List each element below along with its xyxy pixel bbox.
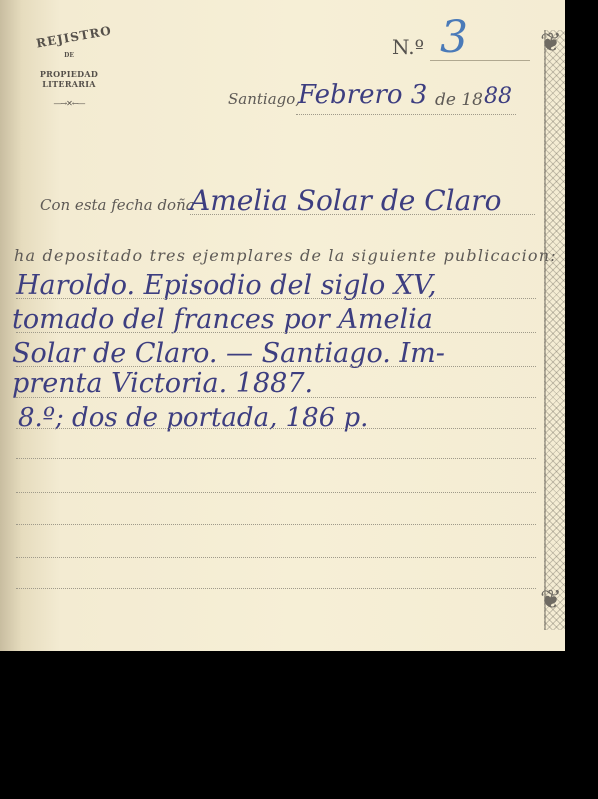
number-label: N.º (392, 35, 424, 59)
date-rule (296, 114, 516, 115)
decorative-border-icon (544, 30, 565, 630)
stamp-ornament-icon: —→✕←— (14, 99, 124, 108)
scroll-ornament-top-icon: ❦ (540, 28, 562, 58)
scroll-ornament-bottom-icon: ❦ (540, 585, 562, 615)
depositor-rule (190, 214, 535, 215)
stamp-subtitle: PROPIEDAD LITERARIA (14, 69, 124, 89)
date-de: de 18 (435, 90, 483, 110)
rule-8 (16, 524, 536, 525)
publication-line-1: Haroldo. Episodio del siglo XV, (16, 270, 436, 301)
registry-stamp: REJISTRO DE PROPIEDAD LITERARIA —→✕←— (14, 30, 124, 108)
publication-line-3: Solar de Claro. — Santiago. Im- (12, 338, 445, 369)
rule-6 (16, 458, 536, 459)
depositor-name: Amelia Solar de Claro (190, 184, 502, 217)
rule-1 (16, 298, 536, 299)
date-year: 88 (484, 84, 512, 109)
stamp-de: DE (14, 52, 124, 59)
register-page: REJISTRO DE PROPIEDAD LITERARIA —→✕←— N.… (0, 0, 565, 651)
deposit-text: ha depositado tres ejemplares de la sigu… (14, 246, 557, 265)
date-place: Santiago, (228, 90, 300, 108)
rule-9 (16, 557, 536, 558)
rule-3 (16, 366, 536, 367)
rule-5 (16, 428, 536, 429)
rule-10 (16, 588, 536, 589)
rule-7 (16, 492, 536, 493)
stamp-title: REJISTRO (24, 21, 125, 52)
intro-text: Con esta fecha doña (40, 196, 195, 214)
rule-2 (16, 332, 536, 333)
publication-line-4: prenta Victoria. 1887. (12, 368, 313, 399)
date-month: Febrero 3 (298, 80, 427, 110)
rule-4 (16, 397, 536, 398)
publication-line-2: tomado del frances por Amelia (12, 304, 433, 335)
registration-number: 3 (440, 12, 468, 63)
